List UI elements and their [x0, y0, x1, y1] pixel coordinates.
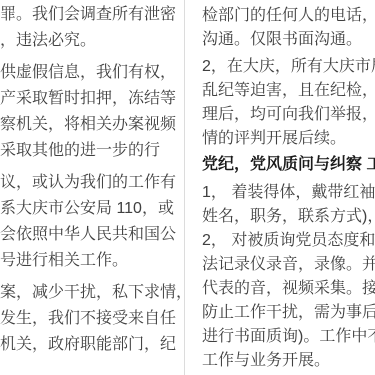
text-line: 会依照中华人民共和国公 [0, 222, 183, 248]
paragraph: 案，减少干扰，私下求情， 发生，我们不接受来自任 机关，政府职能部门，纪 [0, 280, 183, 358]
text-line: 案，减少干扰，私下求情， [0, 280, 183, 306]
text-line: 罪。我们会调查所有泄密 [0, 2, 183, 28]
paragraph: 检部门的任何人的电话，微 沟通。仅限书面沟通。 [202, 4, 375, 52]
paragraph: 1， 着装得体，戴带红袖标 姓名，职务，联系方式)， 2， 对被质询党员态度和配… [202, 181, 375, 373]
section-heading: 党纪，党风质问与纠察 工作 [202, 153, 375, 177]
text-line: 姓名，职务，联系方式)， [202, 205, 375, 229]
text-line: 理后，均可向我们举报，我 [202, 103, 375, 127]
left-page-text: 罪。我们会调查所有泄密 ，违法必究。 供虚假信息，我们有权， 产采取暂时扣押，冻… [0, 2, 183, 372]
text-line: 发生，我们不接受来自任 [0, 306, 183, 332]
text-line: 2，在大庆，所有大庆市居民 [202, 55, 375, 79]
text-line: 察机关，将相关办案视频 [0, 112, 183, 138]
text-line: 号进行相关工作。 [0, 248, 183, 274]
text-line: 沟通。仅限书面沟通。 [202, 28, 375, 52]
text-line: 情的评判开展后续。 [202, 127, 375, 151]
text-line: 系大庆市公安局 110，或 [0, 196, 183, 222]
text-line: 议，或认为我们的工作有 [0, 170, 183, 196]
paragraph: 2，在大庆，所有大庆市居民 乱纪等迫害，且在纪检，信 理后，均可向我们举报，我 … [202, 55, 375, 151]
page-divider [184, 0, 185, 375]
paragraph: 罪。我们会调查所有泄密 ，违法必究。 [0, 2, 183, 54]
text-line: 2， 对被质询党员态度和配 [202, 229, 375, 253]
text-line: 工作与业务开展。 [202, 349, 375, 373]
text-line: 产采取暂时扣押，冻结等 [0, 86, 183, 112]
text-line: 进行书面质询)。工作中不得 [202, 325, 375, 349]
text-line: ，违法必究。 [0, 28, 183, 54]
text-line: 1， 着装得体，戴带红袖标 [202, 181, 375, 205]
paragraph: 供虚假信息，我们有权， 产采取暂时扣押，冻结等 察机关，将相关办案视频 采取其他… [0, 60, 183, 164]
text-line: 代表的音，视频采集。接受 [202, 277, 375, 301]
text-line: 机关，政府职能部门，纪 [0, 332, 183, 358]
document-viewer: { "page": { "background": "#ffffff", "te… [0, 0, 375, 375]
text-line: 法记录仪录音，录像。并同 [202, 253, 375, 277]
paragraph: 议，或认为我们的工作有 系大庆市公安局 110，或 会依照中华人民共和国公 号进… [0, 170, 183, 274]
text-line: 供虚假信息，我们有权， [0, 60, 183, 86]
text-line: 采取其他的进一步的行 [0, 138, 183, 164]
right-page-text: 检部门的任何人的电话，微 沟通。仅限书面沟通。 2，在大庆，所有大庆市居民 乱纪… [202, 4, 375, 374]
text-line: 检部门的任何人的电话，微 [202, 4, 375, 28]
text-line: 乱纪等迫害，且在纪检，信 [202, 79, 375, 103]
text-line: 防止工作干扰，需为事后追 [202, 301, 375, 325]
